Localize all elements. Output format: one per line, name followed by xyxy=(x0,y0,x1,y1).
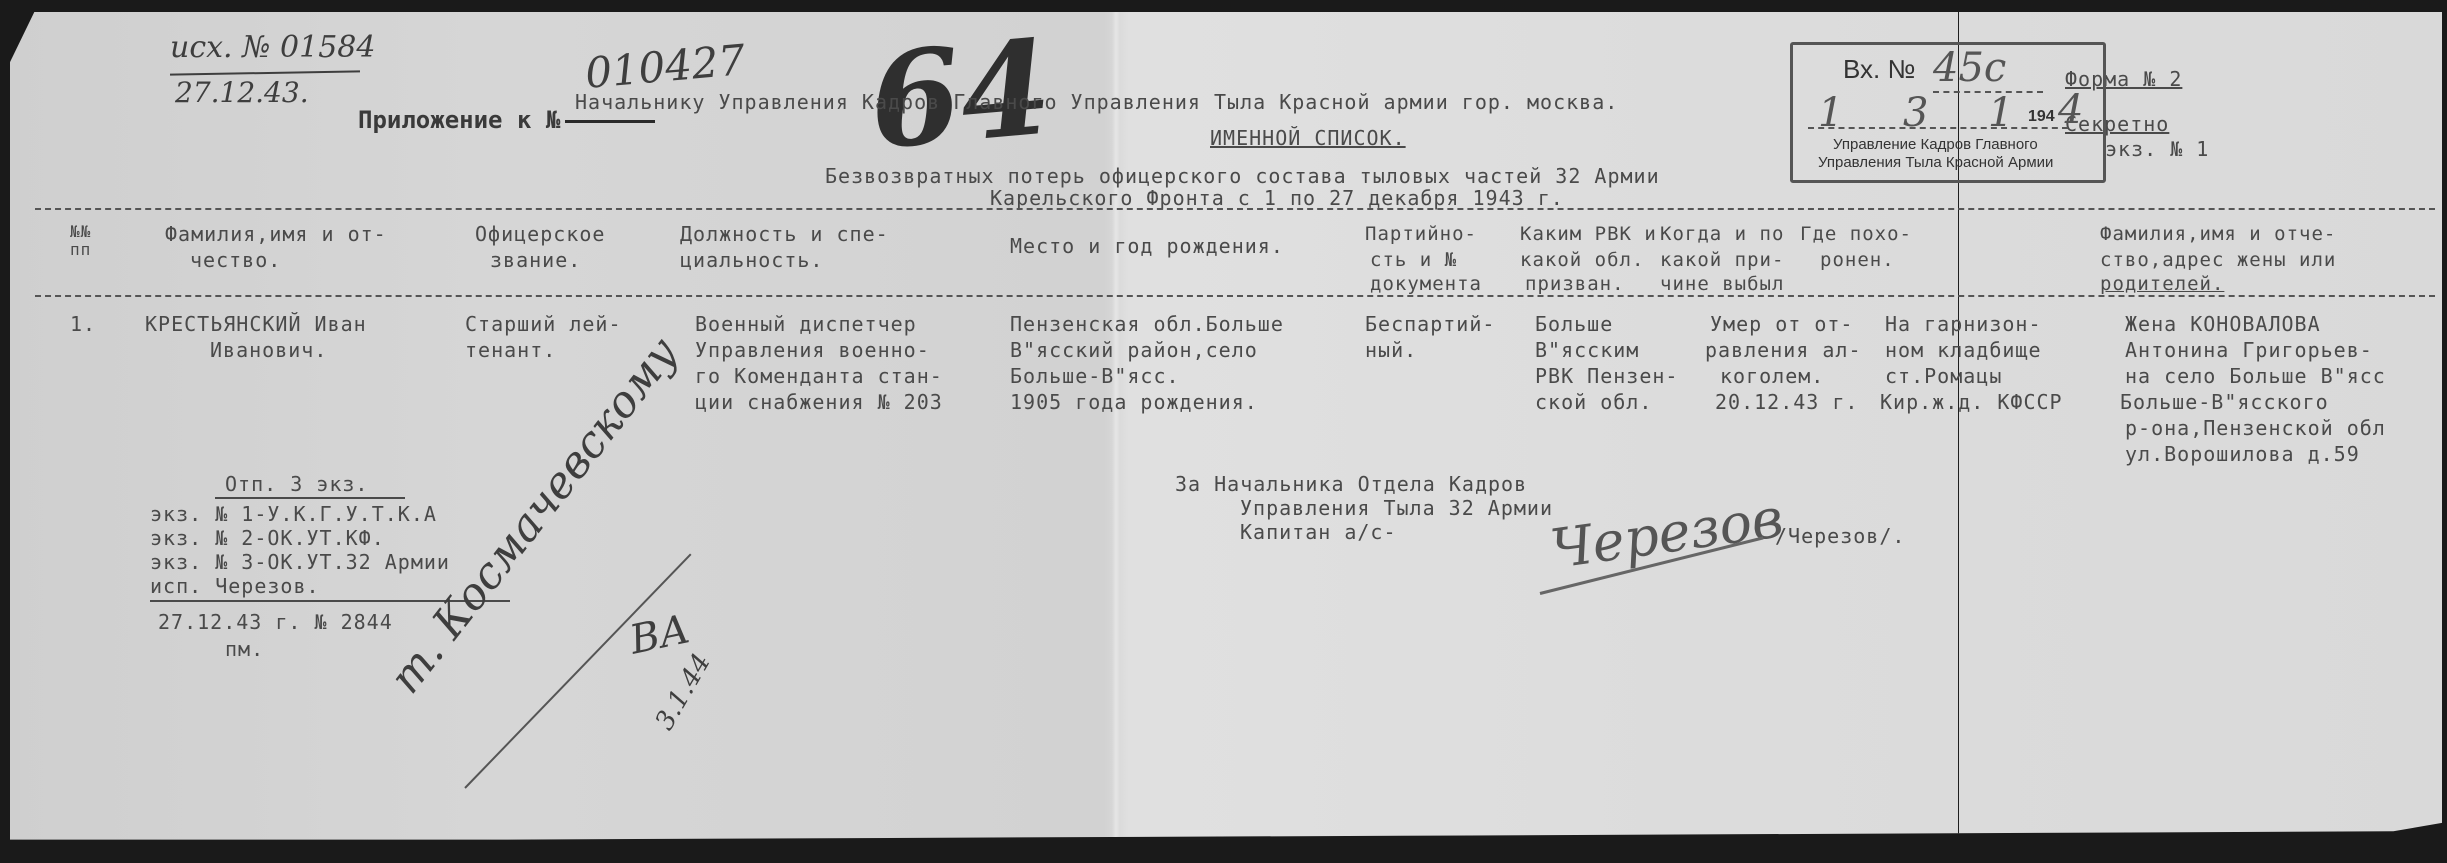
col-header-rank-1: Офицерское xyxy=(475,222,605,246)
appendix-number-line xyxy=(565,120,655,123)
distribution-title-underline xyxy=(215,497,405,499)
resolution-date: 3.1.44 xyxy=(650,649,717,736)
resolution-initials: ВА xyxy=(626,606,694,663)
cell-when-2: равления ал- xyxy=(1705,338,1862,362)
cell-num: 1. xyxy=(70,312,96,336)
col-header-party-2: сть и № xyxy=(1370,248,1457,272)
appendix-label: Приложение к № xyxy=(358,108,560,132)
cell-position-1: Военный диспетчер xyxy=(695,312,917,336)
cell-relatives-2: Антонина Григорьев- xyxy=(2125,338,2373,362)
outgoing-ref: исх. № 01584 xyxy=(170,30,375,65)
col-header-name-2: чество. xyxy=(190,248,281,272)
col-header-rvk-3: призван. xyxy=(1525,272,1625,296)
col-header-when-2: какой при- xyxy=(1660,248,1784,272)
stamp-month: 3 xyxy=(1903,90,1928,136)
cell-rvk-2: В"ясским xyxy=(1535,338,1639,362)
col-header-position-2: циальность. xyxy=(680,248,823,272)
stamp-org-line-2: Управления Тыла Красной Армии xyxy=(1818,151,2053,175)
cell-when-1: Умер от от- xyxy=(1710,312,1853,336)
col-header-when-3: чине выбыл xyxy=(1660,272,1784,296)
document-page: исх. № 01584 27.12.43. 010427 64 Приложе… xyxy=(10,12,2442,848)
stamp-year-prefix: 194 xyxy=(2028,105,2055,129)
cell-buried-3: ст.Ромацы xyxy=(1885,364,2002,388)
distribution-title: Отп. 3 экз. xyxy=(225,472,368,496)
document-subtitle-1: Безвозвратных потерь офицерского состава… xyxy=(825,164,1660,188)
cell-when-3: коголем. xyxy=(1720,364,1824,388)
cell-relatives-6: ул.Ворошилова д.59 xyxy=(2125,442,2360,466)
signature-line-2: Управления Тыла 32 Армии xyxy=(1240,496,1553,520)
col-header-when-1: Когда и по xyxy=(1660,222,1784,246)
distribution-ref: 27.12.43 г. № 2844 xyxy=(158,610,393,634)
cell-rvk-3: РВК Пензен- xyxy=(1535,364,1678,388)
distribution-line-1: экз. № 1-У.К.Г.У.Т.К.А xyxy=(150,502,437,526)
col-header-rvk-1: Каким РВК и xyxy=(1520,222,1657,246)
paper-crease xyxy=(1112,12,1120,848)
incoming-label: Вх. № xyxy=(1843,57,1915,81)
col-header-relatives-1: Фамилия,имя и отче- xyxy=(2100,222,2336,246)
typed-signer-name: /Черезов/. xyxy=(1775,524,1905,548)
cell-birth-4: 1905 года рождения. xyxy=(1010,390,1258,414)
cell-birth-2: В"ясский район,село xyxy=(1010,338,1258,362)
ref-divider xyxy=(170,70,360,75)
col-header-party-1: Партийно- xyxy=(1365,222,1477,246)
cell-party-1: Беспартий- xyxy=(1365,312,1495,336)
col-header-num-2: пп xyxy=(70,238,91,262)
cell-rvk-4: ской обл. xyxy=(1535,390,1652,414)
col-header-buried-1: Где похо- xyxy=(1800,222,1912,246)
cell-relatives-1: Жена КОНОВАЛОВА xyxy=(2125,312,2321,336)
cell-birth-3: Больше-В"ясс. xyxy=(1010,364,1180,388)
cell-buried-1: На гарнизон- xyxy=(1885,312,2042,336)
cell-position-2: Управления военно- xyxy=(695,338,930,362)
cell-name-1: КРЕСТЬЯНСКИЙ Иван xyxy=(145,312,367,336)
handwritten-number: 010427 xyxy=(583,35,747,98)
col-header-name-1: Фамилия,имя и от- xyxy=(165,222,387,246)
col-header-buried-2: ронен. xyxy=(1820,248,1895,272)
incoming-stamp: Вх. № 45с 1 3 1 194 4 Управление Кадров … xyxy=(1790,42,2106,183)
cell-rvk-1: Больше xyxy=(1535,312,1613,336)
col-header-position-1: Должность и спе- xyxy=(680,222,889,246)
cell-relatives-5: р-она,Пензенской обл xyxy=(2125,416,2386,440)
copy-number: экз. № 1 xyxy=(2105,137,2209,161)
col-header-birth: Место и год рождения. xyxy=(1010,234,1284,258)
typist-initials: пм. xyxy=(225,637,264,661)
cell-name-2: Иванович. xyxy=(210,338,327,362)
table-top-rule xyxy=(35,208,2435,210)
cell-position-3: го Коменданта стан- xyxy=(695,364,943,388)
cell-position-4: ции снабжения № 203 xyxy=(695,390,943,414)
stamp-day-2: 1 xyxy=(1988,90,2013,136)
cell-buried-4: Кир.ж.д. КФССР xyxy=(1880,390,2063,414)
document-title: ИМЕННОЙ СПИСОК. xyxy=(1210,126,1406,150)
incoming-number: 45с xyxy=(1933,45,2006,91)
handwritten-signature: Черезов xyxy=(1547,486,1787,581)
col-header-relatives-2: ство,адрес жены или xyxy=(2100,248,2336,272)
outgoing-date: 27.12.43. xyxy=(175,76,309,109)
cell-party-2: ный. xyxy=(1365,338,1417,362)
col-header-party-3: документа xyxy=(1370,272,1482,296)
cell-buried-2: ном кладбище xyxy=(1885,338,2042,362)
cell-when-4: 20.12.43 г. xyxy=(1715,390,1858,414)
col-header-rvk-2: какой обл. xyxy=(1520,248,1644,272)
distribution-line-3: экз. № 3-ОК.УТ.32 Армии xyxy=(150,550,450,574)
signature-line-1: За Начальника Отдела Кадров xyxy=(1175,472,1527,496)
document-subtitle-2: Карельского Фронта с 1 по 27 декабря 194… xyxy=(990,186,1564,210)
stamp-date-line xyxy=(1808,127,2068,129)
cell-birth-1: Пензенская обл.Больше xyxy=(1010,312,1284,336)
cell-relatives-3: на село Больше В"ясс xyxy=(2125,364,2386,388)
table-header-rule xyxy=(35,295,2435,297)
distribution-line-2: экз. № 2-ОК.УТ.КФ. xyxy=(150,526,385,550)
col-header-relatives-3: родителей. xyxy=(2100,272,2224,296)
cell-rank-2: тенант. xyxy=(465,338,556,362)
col-header-rank-2: звание. xyxy=(490,248,581,272)
addressee: Начальнику Управления Кадров Главного Уп… xyxy=(575,90,1618,114)
cell-relatives-4: Больше-В"ясского xyxy=(2120,390,2329,414)
stamp-day: 1 xyxy=(1818,90,1843,136)
signature-line-3: Капитан а/с- xyxy=(1240,520,1397,544)
distribution-line-4: исп. Черезов. xyxy=(150,574,320,598)
cell-rank-1: Старший лей- xyxy=(465,312,622,336)
